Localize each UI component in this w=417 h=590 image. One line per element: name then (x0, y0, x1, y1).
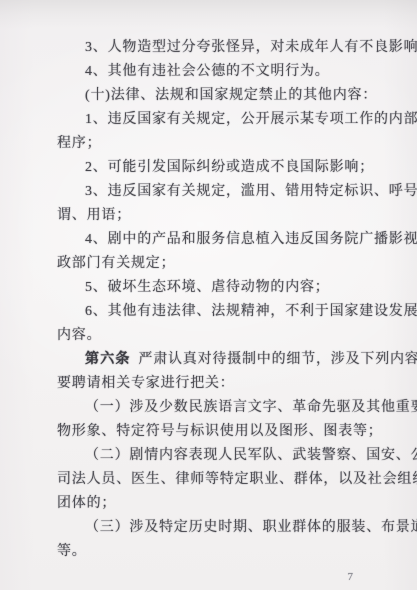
page-number: 7 (348, 571, 354, 583)
document-line: （一）涉及少数民族语言文字、革命先驱及其他重要人 (57, 396, 387, 420)
scanned-document-page: 3、人物造型过分夸张怪异，对未成年人有不良影响；4、其他有违社会公德的不文明行为… (0, 0, 417, 590)
document-line: 6、其他有违法律、法规精神，不利于国家建设发展的 (57, 300, 387, 324)
document-line: 4、剧中的产品和服务信息植入违反国务院广播影视行 (57, 228, 387, 252)
document-line: 司法人员、医生、律师等特定职业、群体，以及社会组织、 (57, 468, 387, 492)
document-line: 要聘请相关专家进行把关： (57, 372, 387, 396)
document-line: 4、其他有违社会公德的不文明行为。 (57, 60, 387, 84)
document-line: 谓、用语； (57, 204, 387, 228)
document-lines: 3、人物造型过分夸张怪异，对未成年人有不良影响；4、其他有违社会公德的不文明行为… (57, 36, 387, 564)
document-line: (十)法律、法规和国家规定禁止的其他内容： (57, 84, 387, 108)
document-line: 3、人物造型过分夸张怪异，对未成年人有不良影响； (57, 36, 387, 60)
document-line: 第六条 严肃认真对待摄制中的细节，涉及下列内容的， (57, 348, 387, 372)
document-line: 3、违反国家有关规定，滥用、错用特定标识、呼号、称 (57, 180, 387, 204)
document-line: 1、违反国家有关规定，公开展示某专项工作的内部制度、 (57, 108, 387, 132)
document-line: 物形象、特定符号与标识使用以及图形、图表等； (57, 420, 387, 444)
document-line: （二）剧情内容表现人民军队、武装警察、国安、公安、 (57, 444, 387, 468)
document-line: 团体的； (57, 492, 387, 516)
document-line: 程序； (57, 132, 387, 156)
document-line: 2、可能引发国际纠纷或造成不良国际影响； (57, 156, 387, 180)
article-number-bold: 第六条 (85, 352, 131, 367)
document-line: 内容。 (57, 324, 387, 348)
document-line: （三）涉及特定历史时期、职业群体的服装、布景道具 (57, 516, 387, 540)
document-line: 5、破坏生态环境、虐待动物的内容； (57, 276, 387, 300)
document-line: 等。 (57, 540, 387, 564)
document-line: 政部门有关规定； (57, 252, 387, 276)
